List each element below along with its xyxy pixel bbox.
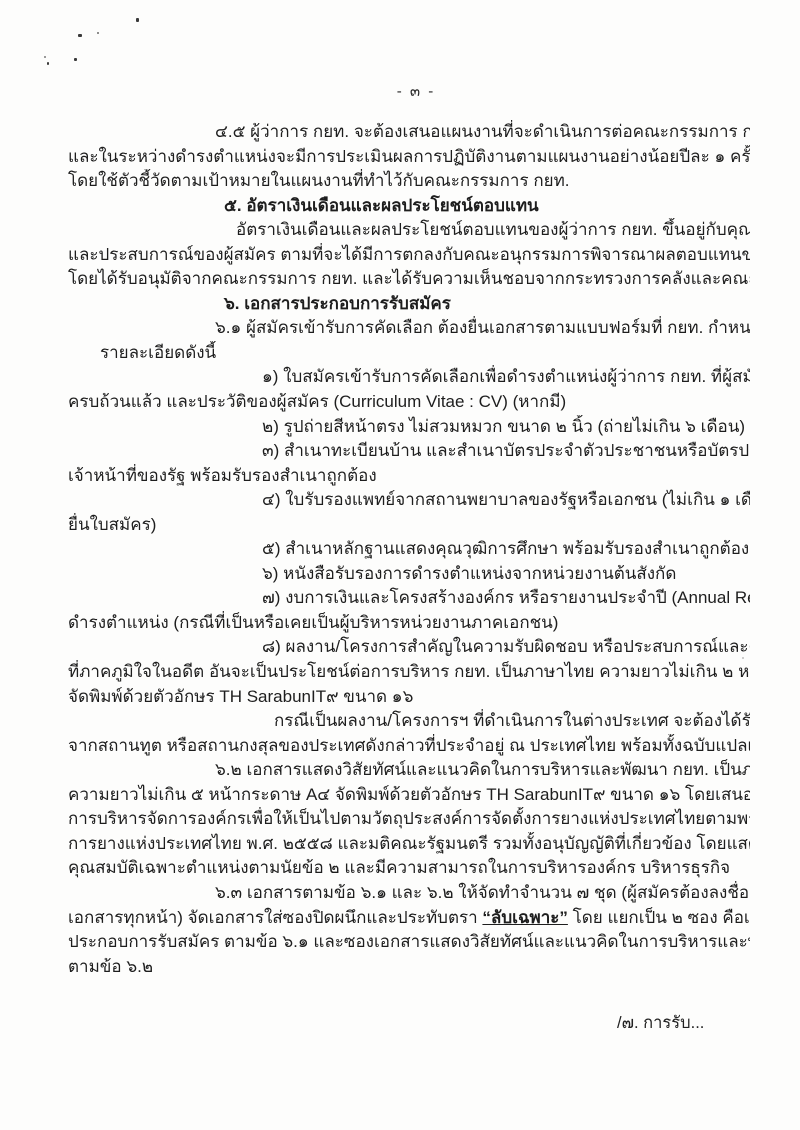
scanned-document-page: - ๓ - ๔.๕ ผู้ว่าการ กยท. จะต้องเสนอแผนงา… bbox=[0, 0, 800, 1130]
text-line: กรณีเป็นผลงาน/โครงการฯ ที่ดำเนินการในต่า… bbox=[68, 709, 750, 734]
section-heading-line: ๕. อัตราเงินเดือนและผลประโยชน์ตอบแทน bbox=[68, 194, 750, 219]
text-line: ๘) ผลงาน/โครงการสำคัญในความรับผิดชอบ หรื… bbox=[68, 635, 750, 660]
confidential-stamp-text: “ลับเฉพาะ” bbox=[482, 908, 567, 927]
text-line: เจ้าหน้าที่ของรัฐ พร้อมรับรองสำเนาถูกต้อ… bbox=[68, 464, 750, 489]
text-line: เอกสารทุกหน้า) จัดเอกสารใส่ซองปิดผนึกและ… bbox=[68, 906, 750, 931]
page-number: - ๓ - bbox=[0, 79, 800, 103]
text-line: ๔.๕ ผู้ว่าการ กยท. จะต้องเสนอแผนงานที่จะ… bbox=[68, 120, 750, 145]
text-line: โดยได้รับอนุมัติจากคณะกรรมการ กยท. และได… bbox=[68, 267, 750, 292]
text-line: ดำรงตำแหน่ง (กรณีที่เป็นหรือเคยเป็นผู้บร… bbox=[68, 611, 750, 636]
text-line: ๕) สำเนาหลักฐานแสดงคุณวุฒิการศึกษา พร้อม… bbox=[68, 537, 750, 562]
text-run: โดย แยกเป็น ๒ ซอง คือเอกสารหลักฐาน bbox=[568, 908, 750, 927]
text-line: รายละเอียดดังนี้ bbox=[68, 341, 750, 366]
text-line: ตามข้อ ๖.๒ bbox=[68, 955, 750, 980]
text-line: คุณสมบัติเฉพาะตำแหน่งตามนัยข้อ ๒ และมีคว… bbox=[68, 856, 750, 881]
text-line: ๗) งบการเงินและโครงสร้างองค์กร หรือรายงา… bbox=[68, 586, 750, 611]
continuation-note: /๗. การรับ... bbox=[617, 1010, 704, 1036]
text-line: จัดพิมพ์ด้วยตัวอักษร TH SarabunIT๙ ขนาด … bbox=[68, 685, 750, 710]
text-line: ๓) สำเนาทะเบียนบ้าน และสำเนาบัตรประจำตัว… bbox=[68, 439, 750, 464]
scan-speck bbox=[136, 18, 139, 22]
scan-speck bbox=[44, 56, 46, 58]
text-line: ๖.๓ เอกสารตามข้อ ๖.๑ และ ๖.๒ ให้จัดทำจำน… bbox=[68, 881, 750, 906]
text-line: และประสบการณ์ของผู้สมัคร ตามที่จะได้มีกา… bbox=[68, 243, 750, 268]
text-run: เอกสารทุกหน้า) จัดเอกสารใส่ซองปิดผนึกและ… bbox=[68, 908, 482, 927]
text-line: โดยใช้ตัวชี้วัดตามเป้าหมายในแผนงานที่ทำไ… bbox=[68, 169, 750, 194]
scan-speck bbox=[78, 34, 82, 37]
text-line: ๖) หนังสือรับรองการดำรงตำแหน่งจากหน่วยงา… bbox=[68, 562, 750, 587]
text-line: ครบถ้วนแล้ว และประวัติของผู้สมัคร (Curri… bbox=[68, 390, 750, 415]
text-line: การบริหารจัดการองค์กรเพื่อให้เป็นไปตามวั… bbox=[68, 807, 750, 832]
text-line: ที่ภาคภูมิใจในอดีต อันจะเป็นประโยชน์ต่อก… bbox=[68, 660, 750, 685]
section-heading-line: ๖. เอกสารประกอบการรับสมัคร bbox=[68, 292, 750, 317]
text-line: ยื่นใบสมัคร) bbox=[68, 513, 750, 538]
scan-speck bbox=[74, 58, 77, 61]
text-line: ประกอบการรับสมัคร ตามข้อ ๖.๑ และซองเอกสา… bbox=[68, 930, 750, 955]
scan-speck bbox=[47, 62, 49, 65]
text-line: การยางแห่งประเทศไทย พ.ศ. ๒๕๕๘ และมติคณะร… bbox=[68, 832, 750, 857]
text-line: ๖.๒ เอกสารแสดงวิสัยทัศน์และแนวคิดในการบร… bbox=[68, 758, 750, 783]
text-line: ๖.๑ ผู้สมัครเข้ารับการคัดเลือก ต้องยื่นเ… bbox=[68, 316, 750, 341]
text-line: และในระหว่างดำรงตำแหน่งจะมีการประเมินผลก… bbox=[68, 145, 750, 170]
text-line: ๔) ใบรับรองแพทย์จากสถานพยาบาลของรัฐหรือเ… bbox=[68, 488, 750, 513]
text-line: ความยาวไม่เกิน ๕ หน้ากระดาษ A๔ จัดพิมพ์ด… bbox=[68, 783, 750, 808]
text-line: จากสถานทูต หรือสถานกงสุลของประเทศดังกล่า… bbox=[68, 734, 750, 759]
text-line: ๑) ใบสมัครเข้ารับการคัดเลือกเพื่อดำรงตำแ… bbox=[68, 365, 750, 390]
text-line: อัตราเงินเดือนและผลประโยชน์ตอบแทนของผู้ว… bbox=[68, 218, 750, 243]
text-line: ๒) รูปถ่ายสีหน้าตรง ไม่สวมหมวก ขนาด ๒ นิ… bbox=[68, 415, 750, 440]
scan-speck bbox=[97, 32, 99, 34]
document-body: ๔.๕ ผู้ว่าการ กยท. จะต้องเสนอแผนงานที่จะ… bbox=[68, 120, 750, 979]
